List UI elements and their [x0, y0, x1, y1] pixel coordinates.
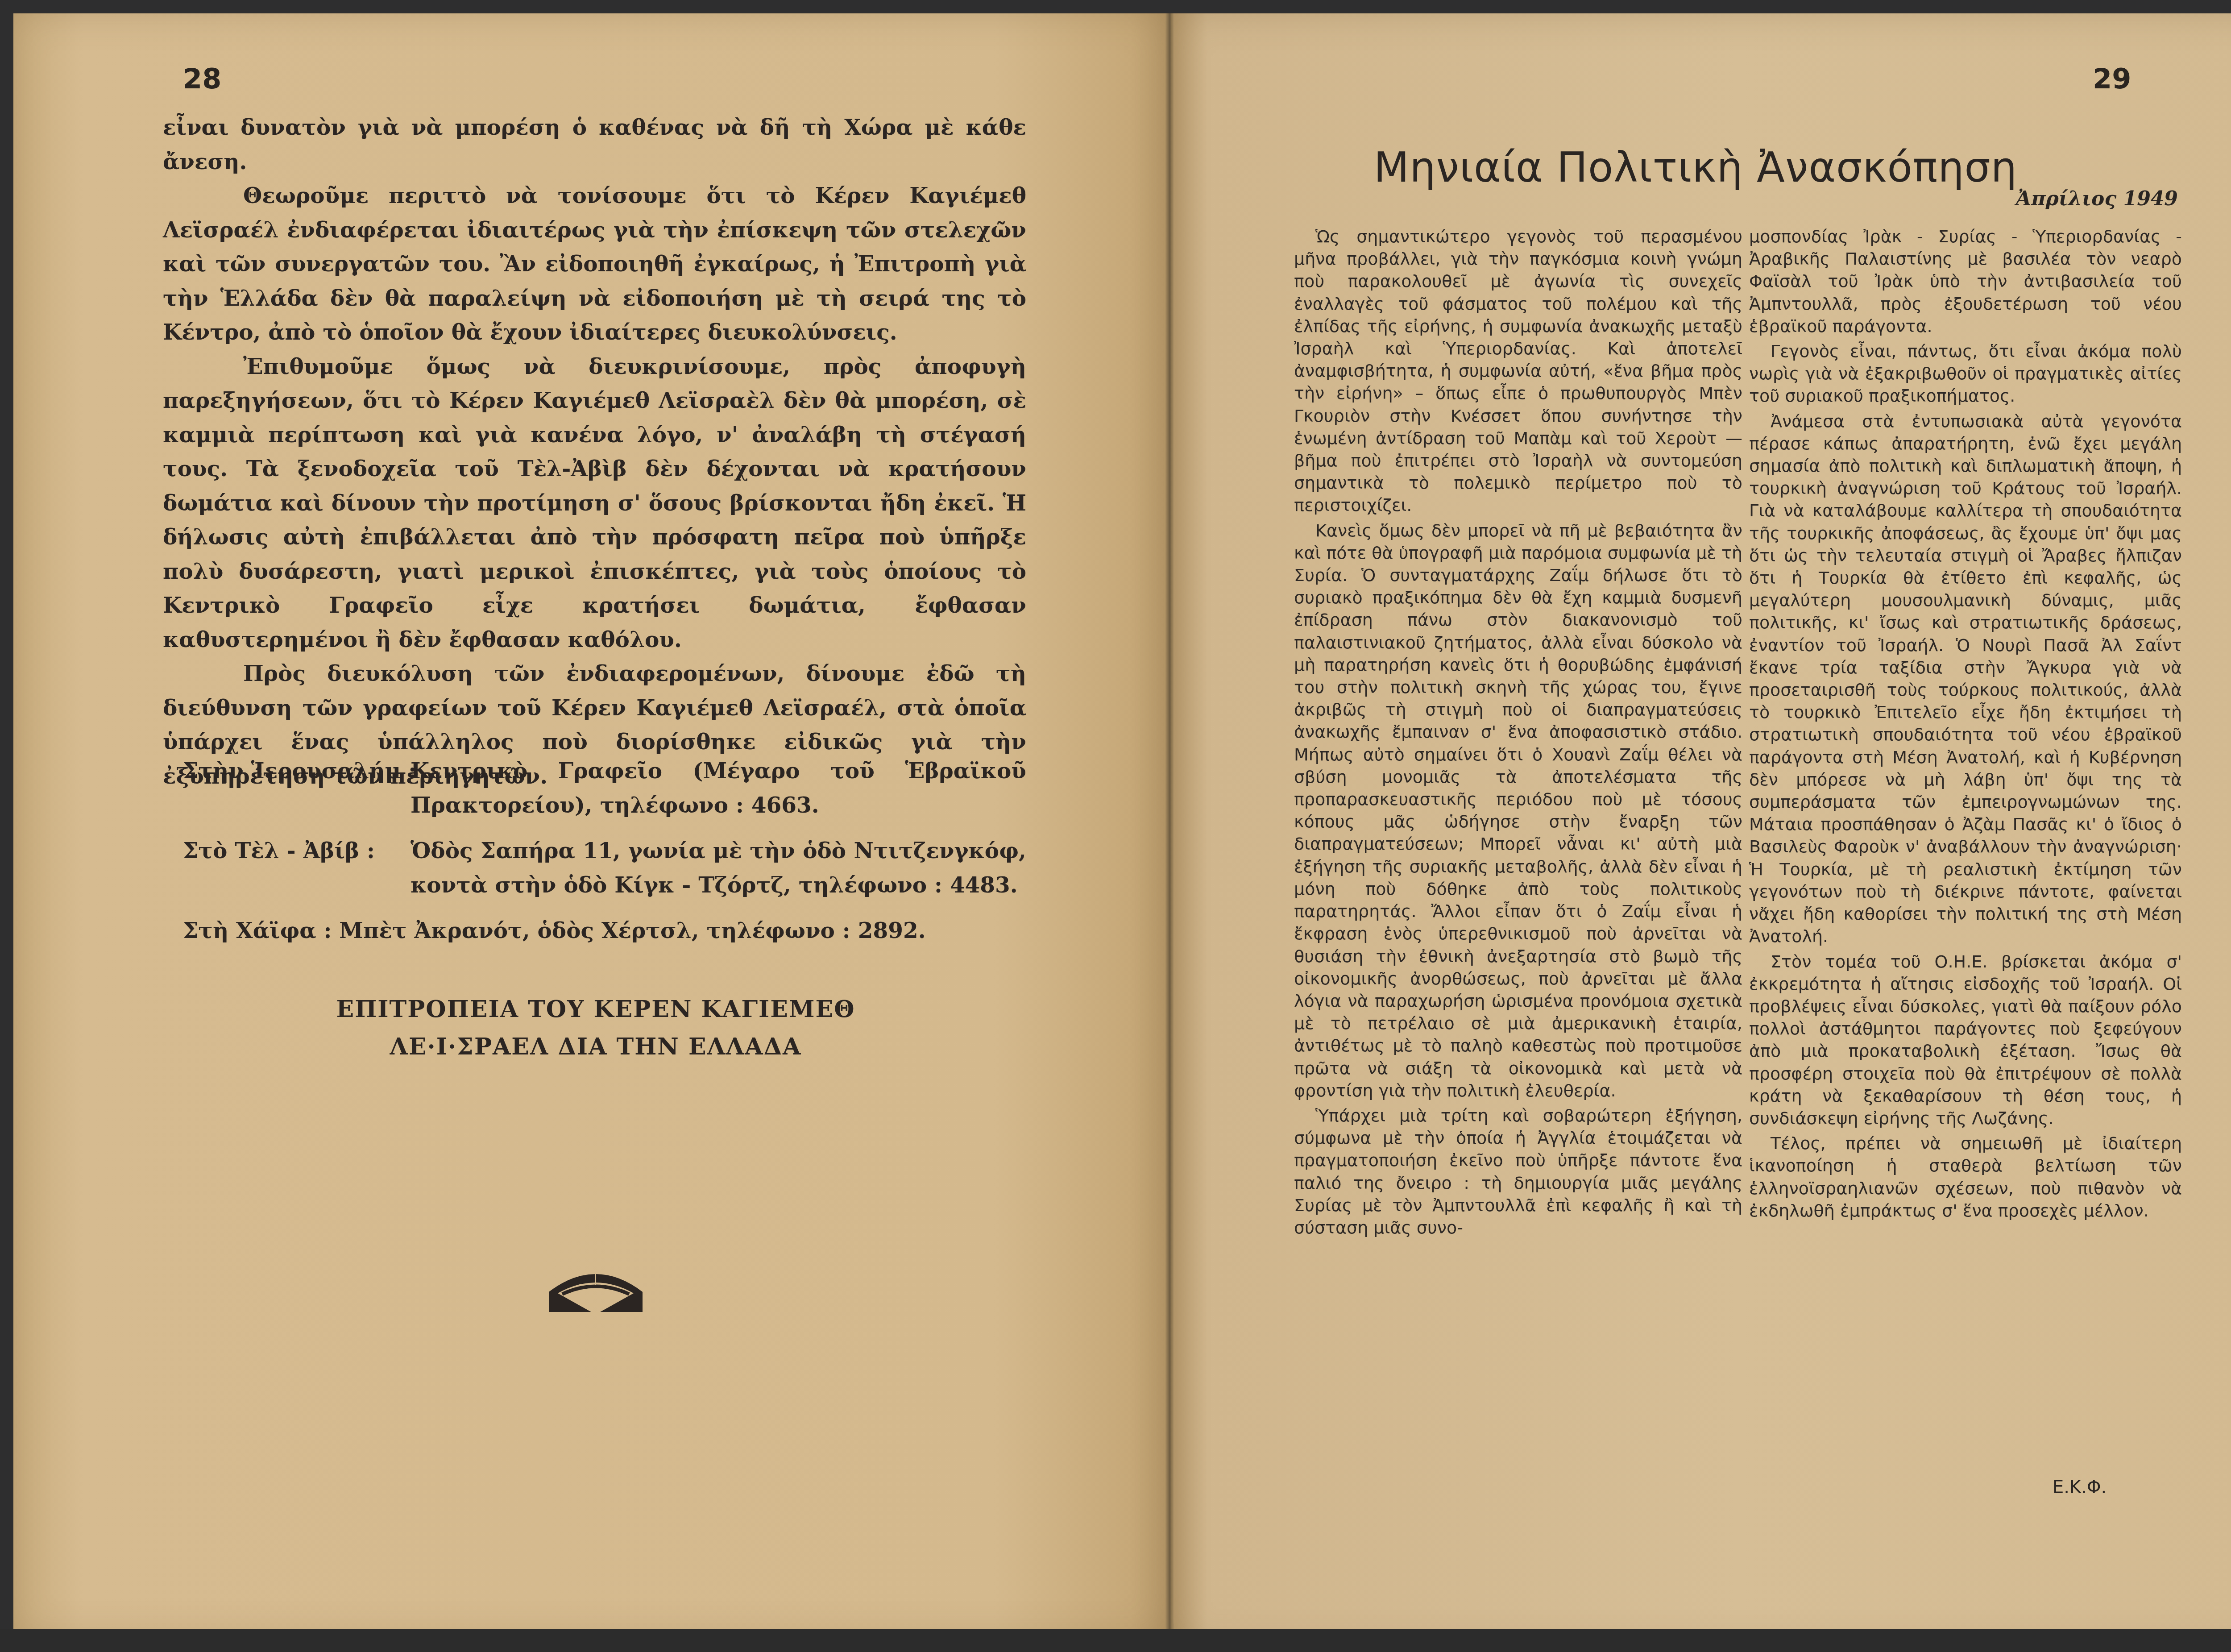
signature-line-2: ΛΕ·Ι·ΣΡΑΕΛ ΔΙΑ ΤΗΝ ΕΛΛΑΔΑ [161, 1028, 1031, 1066]
page-number-left: 28 [183, 62, 221, 95]
paragraph: Ἀνάμεσα στὰ ἐντυπωσιακὰ αὐτὰ γεγονότα πέ… [1749, 410, 2182, 948]
address-haifa: Στὴ Χάϊφα : Μπὲτ Ἀκρανότ, ὁδὸς Χέρτσλ, τ… [183, 914, 1026, 948]
address-label: Στὴν Ἱερουσαλήμ : [183, 754, 411, 822]
paragraph: εἶναι δυνατὸν γιὰ νὰ μπορέση ὁ καθένας ν… [163, 111, 1026, 179]
fan-arch-ornament-icon [547, 1263, 645, 1314]
paragraph: Ὑπάρχει μιὰ τρίτη καὶ σοβαρώτερη ἐξήγηση… [1294, 1104, 1742, 1239]
left-page-body: εἶναι δυνατὸν γιὰ νὰ μπορέση ὁ καθένας ν… [163, 111, 1026, 793]
committee-signature: ΕΠΙΤΡΟΠΕΙΑ ΤΟΥ ΚΕΡΕΝ ΚΑΓΙΕΜΕΘ ΛΕ·Ι·ΣΡΑΕΛ… [161, 991, 1031, 1066]
address-value: Κεντρικὸ Γραφεῖο (Μέγαρο τοῦ Ἑβραϊκοῦ Πρ… [411, 754, 1026, 822]
paragraph: Θεωροῦμε περιττὸ νὰ τονίσουμε ὅτι τὸ Κέρ… [163, 179, 1026, 350]
paragraph: Κανεὶς ὅμως δὲν μπορεῖ νὰ πῆ μὲ βεβαιότη… [1294, 519, 1742, 1102]
paragraph: Ἐπιθυμοῦμε ὅμως νὰ διευκρινίσουμε, πρὸς … [163, 350, 1026, 657]
address-jerusalem: Στὴν Ἱερουσαλήμ : Κεντρικὸ Γραφεῖο (Μέγα… [183, 754, 1026, 822]
paragraph: Τέλος, πρέπει νὰ σημειωθῆ μὲ ἰδιαίτερη ἱ… [1749, 1132, 2182, 1222]
article-column-1: Ὡς σημαντικώτερο γεγονὸς τοῦ περασμένου … [1294, 225, 1742, 1241]
scanner-background [0, 1629, 2231, 1652]
article-date: Ἀπρίλιος 1949 [2016, 187, 2178, 210]
page-number-right: 29 [2093, 62, 2131, 95]
paragraph: μοσπονδίας Ἰρὰκ - Συρίας - Ὑπεριορδανίας… [1749, 225, 2182, 337]
office-addresses: Στὴν Ἱερουσαλήμ : Κεντρικὸ Γραφεῖο (Μέγα… [183, 754, 1026, 960]
article-column-2: μοσπονδίας Ἰρὰκ - Συρίας - Ὑπεριορδανίας… [1749, 225, 2182, 1224]
article-title: Μηνιαία Πολιτικὴ Ἀνασκόπηση [1249, 144, 2142, 191]
signature-line-1: ΕΠΙΤΡΟΠΕΙΑ ΤΟΥ ΚΕΡΕΝ ΚΑΓΙΕΜΕΘ [161, 991, 1031, 1028]
address-label: Στὸ Τὲλ - Ἀβίβ : [183, 834, 411, 902]
paragraph: Στὸν τομέα τοῦ Ο.Η.Ε. βρίσκεται ἀκόμα σ'… [1749, 951, 2182, 1130]
article-author: Ε.Κ.Φ. [2053, 1477, 2107, 1498]
paragraph: Γεγονὸς εἶναι, πάντως, ὅτι εἶναι ἀκόμα π… [1749, 340, 2182, 407]
address-value: Ὁδὸς Σαπήρα 11, γωνία μὲ τὴν ὁδὸ Ντιτζεν… [411, 834, 1026, 902]
open-book-spread: 28 εἶναι δυνατὸν γιὰ νὰ μπορέση ὁ καθένα… [0, 0, 2231, 1652]
paragraph: Ὡς σημαντικώτερο γεγονὸς τοῦ περασμένου … [1294, 225, 1742, 517]
address-tel-aviv: Στὸ Τὲλ - Ἀβίβ : Ὁδὸς Σαπήρα 11, γωνία μ… [183, 834, 1026, 902]
